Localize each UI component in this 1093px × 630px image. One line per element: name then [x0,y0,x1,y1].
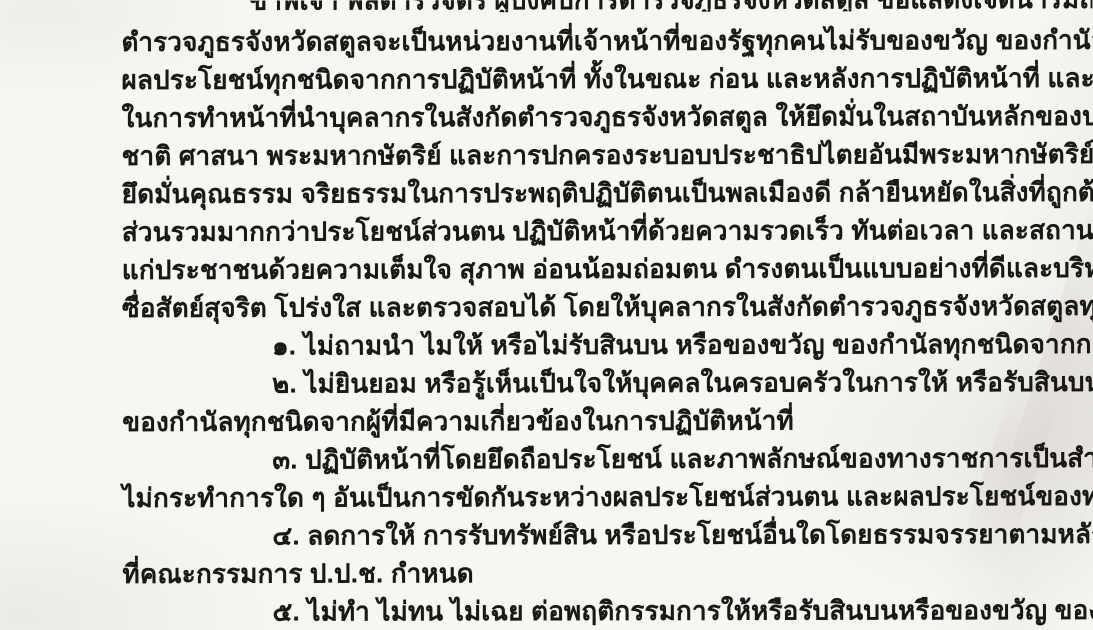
clipped-top-line-region: ข้าพเจ้า พลตำรวจตรี ผู้บังคับการตำรวจภูธ… [0,0,1092,13]
text-line: ไม่กระทำการใด ๆ อันเป็นการขัดกันระหว่างผ… [122,477,1037,517]
text-line: ตำรวจภูธรจังหวัดสตูลจะเป็นหน่วยงานที่เจ้… [121,21,1036,61]
list-item-5: ๕. ไม่ทำ ไม่ทน ไม่เฉย ต่อพฤติกรรมการให้ห… [123,591,1038,630]
list-item-1: ๑. ไม่ถามนำ ไมให้ หรือไม่รับสินบน หรือขอ… [122,325,1037,365]
text-line: ซื่อสัตย์สุจริต โปร่งใส และตรวจสอบได้ โด… [122,287,1037,327]
text-line: ที่คณะกรรมการ ป.ป.ช. กำหนด [123,553,1038,593]
text-line: ผลประโยชน์ทุกชนิดจากการปฏิบัติหน้าที่ ทั… [121,59,1036,99]
text-line: ของกำนัลทุกชนิดจากผู้ที่มีความเกี่ยวข้อง… [122,401,1037,441]
document-body: ตำรวจภูธรจังหวัดสตูลจะเป็นหน่วยงานที่เจ้… [121,21,1037,630]
text-line: แก่ประชาชนด้วยความเต็มใจ สุภาพ อ่อนน้อมถ… [122,249,1037,289]
text-line: ส่วนรวมมากกว่าประโยชน์ส่วนตน ปฏิบัติหน้า… [122,211,1037,251]
scanned-document-page: ข้าพเจ้า พลตำรวจตรี ผู้บังคับการตำรวจภูธ… [0,0,1093,630]
text-line: ในการทำหน้าที่นำบุคลากรในสังกัดตำรวจภูธร… [122,97,1037,137]
list-item-3: ๓. ปฏิบัติหน้าที่โดยยึดถือประโยชน์ และภา… [122,439,1037,479]
text-line-clipped: ข้าพเจ้า พลตำรวจตรี ผู้บังคับการตำรวจภูธ… [249,0,1069,13]
list-item-4: ๔. ลดการให้ การรับทรัพย์สิน หรือประโยชน์… [122,515,1037,555]
text-line: ยึดมั่นคุณธรรม จริยธรรมในการประพฤติปฏิบั… [122,173,1037,213]
list-item-2: ๒. ไม่ยินยอม หรือรู้เห็นเป็นใจให้บุคคลใน… [122,363,1037,403]
text-line: ชาติ ศาสนา พระมหากษัตริย์ และการปกครองระ… [122,135,1037,175]
